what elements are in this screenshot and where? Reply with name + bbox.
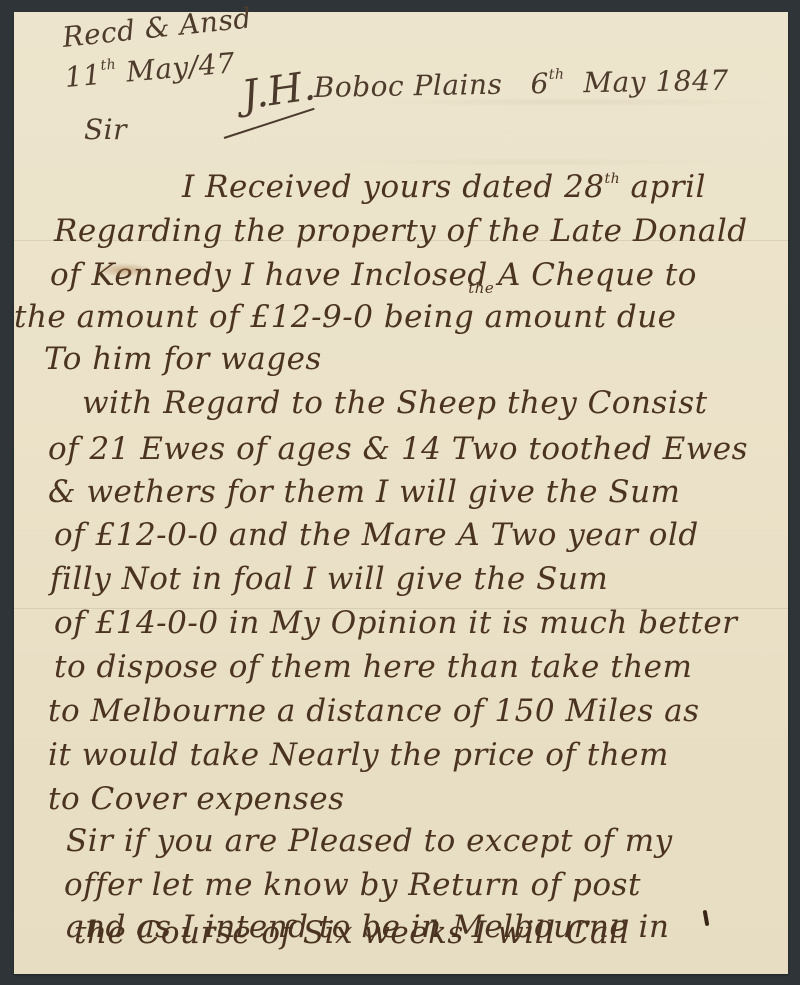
body-line-1: I Received yours dated 28th april: [182, 172, 706, 203]
letter-heading: Boboc Plains 6th May 1847: [314, 67, 729, 102]
body-line-14: it would take Nearly the price of them: [48, 740, 669, 771]
body-line-8: & wethers for them I will give the Sum: [48, 477, 680, 508]
body-line-3: of Kennedy I have Inclosed A Cheque to: [50, 260, 697, 291]
body-line-1-text-end: april: [620, 169, 706, 205]
body-line-15: to Cover expenses: [48, 784, 345, 815]
body-line-11: of £14-0-0 in My Opinion it is much bett…: [54, 608, 738, 639]
docket-received-answered: Recd & Ansd: [61, 4, 253, 52]
body-line-2: Regarding the property of the Late Donal…: [54, 216, 748, 247]
heading-place: Boboc Plains: [313, 68, 502, 104]
docket-date: 11th May/47: [64, 49, 237, 92]
body-line-9: of £12-0-0 and the Mare A Two year old: [54, 520, 699, 551]
body-line-1-text: I Received yours dated 28: [182, 169, 604, 205]
body-line-4-text-end: amount due: [485, 299, 677, 335]
body-line-7: of 21 Ewes of ages & 14 Two toothed Ewes: [48, 434, 748, 465]
body-line-1-sup: th: [604, 171, 620, 187]
body-line-13: to Melbourne a distance of 150 Miles as: [48, 696, 700, 727]
ink-blot: [703, 910, 710, 926]
body-line-4-text: the amount of £12-9-0 being: [14, 299, 474, 335]
salutation: Sir: [84, 116, 127, 144]
body-line-16: Sir if you are Pleased to except of my: [66, 826, 673, 857]
body-line-5: To him for wages: [44, 344, 322, 375]
letter-page: Recd & Ansd 11th May/47 J.H. Boboc Plain…: [14, 12, 788, 974]
heading-month-year: May 1847: [583, 64, 729, 100]
body-line-17: offer let me know by Return of post: [64, 870, 641, 901]
docket-date-suffix: th: [100, 57, 117, 74]
heading-day: 6: [530, 67, 549, 100]
body-line-4-insertion: the: [468, 281, 494, 296]
docket-date-rest: May/47: [125, 46, 237, 88]
body-line-4: the amount of £12-9-0 being the amount d…: [14, 302, 677, 333]
body-line-19: the Course of Six weeks I will Call: [74, 918, 630, 949]
body-line-6: with Regard to the Sheep they Consist: [82, 388, 708, 419]
heading-day-suffix: th: [549, 67, 565, 83]
body-line-12: to dispose of them here than take them: [54, 652, 692, 683]
docket-date-day: 11: [63, 58, 102, 94]
body-line-10: filly Not in foal I will give the Sum: [50, 564, 608, 595]
